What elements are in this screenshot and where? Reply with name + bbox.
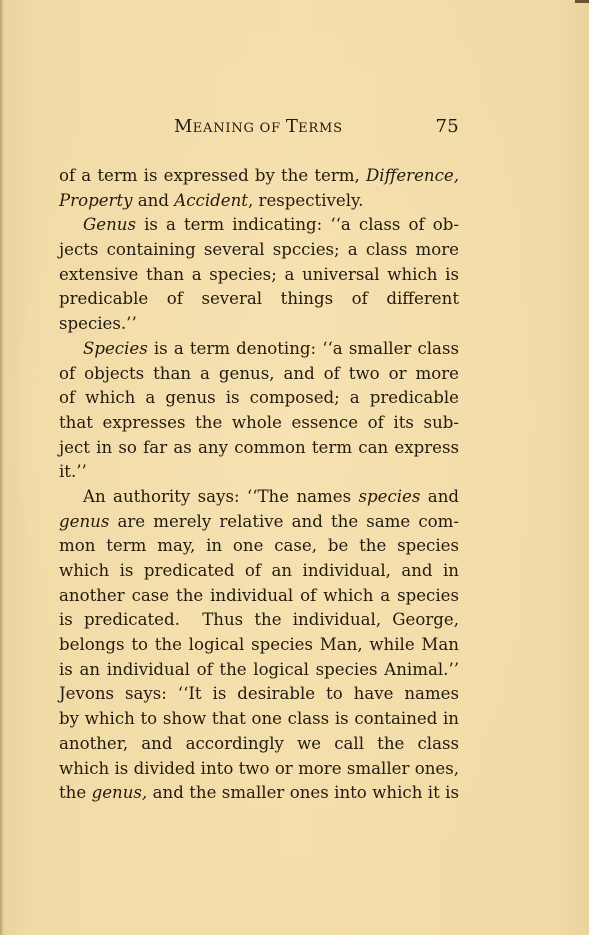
text-run: of a term is expressed by the term, — [59, 166, 366, 185]
text-run: is an individual of the logical species … — [59, 660, 459, 679]
book-page: MEANING OF TERMS 75 of a term is express… — [0, 0, 589, 935]
text-run: is a term indicating: ‘‘a class of ob- — [136, 215, 459, 234]
text-run: by which to show that one class is conta… — [59, 709, 459, 728]
italic-term: genus, — [92, 783, 148, 802]
text-run: which is divided into two or more smalle… — [59, 759, 459, 778]
italic-term: Property — [59, 191, 133, 210]
italic-term: Genus — [83, 215, 136, 234]
text-run: of objects than a genus, and of two or m… — [59, 364, 459, 383]
running-head: MEANING OF TERMS 75 — [174, 116, 459, 140]
text-run: jects containing several spccies; a clas… — [59, 240, 459, 259]
text-line: the genus, and the smaller ones into whi… — [59, 781, 459, 806]
text-run: is a term denoting: ‘‘a smaller class — [148, 339, 459, 358]
text-line: of which a genus is composed; a predicab… — [59, 386, 459, 411]
text-line: genus are merely relative and the same c… — [59, 510, 459, 535]
text-line: which is divided into two or more smalle… — [59, 757, 459, 782]
text-line: is predicated. Thus the individual, Geor… — [59, 608, 459, 633]
text-run: which is predicated of an individual, an… — [59, 561, 459, 580]
title-small-caps: OF — [255, 121, 286, 136]
text-line: another, and accordingly we call the cla… — [59, 732, 459, 757]
text-line: mon term may, in one case, be the specie… — [59, 534, 459, 559]
text-line: Property and Accident, respectively. — [59, 189, 459, 214]
text-run: the — [59, 783, 92, 802]
text-line: Jevons says: ‘‘It is desirable to have n… — [59, 682, 459, 707]
text-line: it.’’ — [59, 460, 459, 485]
text-run: and the smaller ones into which it is — [147, 783, 459, 802]
running-title: MEANING OF TERMS — [174, 116, 343, 137]
text-run: that expresses the whole essence of its … — [59, 413, 459, 432]
title-small-caps: ERMS — [298, 121, 343, 136]
text-run: and — [133, 191, 175, 210]
text-run: it.’’ — [59, 462, 87, 481]
italic-term: Species — [83, 339, 148, 358]
title-capital: M — [174, 116, 193, 137]
text-line: which is predicated of an individual, an… — [59, 559, 459, 584]
text-run: are merely relative and the same com- — [109, 512, 459, 531]
text-run: species.’’ — [59, 314, 137, 333]
text-run: is predicated. Thus the individual, Geor… — [59, 610, 459, 629]
text-line: is an individual of the logical species … — [59, 658, 459, 683]
text-run: ject in so far as any common term can ex… — [59, 438, 459, 457]
text-run: predicable of several things of differen… — [59, 289, 459, 308]
text-run: another, and accordingly we call the cla… — [59, 734, 459, 753]
text-run: belongs to the logical species Man, whil… — [59, 635, 459, 654]
text-run: and — [420, 487, 459, 506]
text-line: An authority says: ‘‘The names species a… — [59, 485, 459, 510]
text-line: jects containing several spccies; a clas… — [59, 238, 459, 263]
body-text: of a term is expressed by the term, Diff… — [59, 164, 459, 806]
title-small-caps: EANING — [193, 121, 255, 136]
text-run: An authority says: ‘‘The names — [83, 487, 359, 506]
text-run: Jevons says: ‘‘It is desirable to have n… — [59, 684, 459, 703]
text-line: Genus is a term indicating: ‘‘a class of… — [59, 213, 459, 238]
text-line: that expresses the whole essence of its … — [59, 411, 459, 436]
text-run: mon term may, in one case, be the specie… — [59, 536, 459, 555]
italic-term: Difference, — [366, 166, 459, 185]
text-line: belongs to the logical species Man, whil… — [59, 633, 459, 658]
italic-term: genus — [59, 512, 109, 531]
text-line: another case the individual of which a s… — [59, 584, 459, 609]
text-run: extensive than a species; a universal wh… — [59, 265, 459, 284]
text-line: Species is a term denoting: ‘‘a smaller … — [59, 337, 459, 362]
page-number: 75 — [435, 116, 459, 137]
italic-term: Accident — [174, 191, 248, 210]
text-run: of which a genus is composed; a predicab… — [59, 388, 459, 407]
text-line: predicable of several things of differen… — [59, 287, 459, 312]
text-line: of a term is expressed by the term, Diff… — [59, 164, 459, 189]
text-run: , respectively. — [248, 191, 363, 210]
text-line: species.’’ — [59, 312, 459, 337]
text-line: ject in so far as any common term can ex… — [59, 436, 459, 461]
italic-term: species — [359, 487, 421, 506]
text-line: by which to show that one class is conta… — [59, 707, 459, 732]
text-line: extensive than a species; a universal wh… — [59, 263, 459, 288]
title-capital: T — [286, 116, 298, 137]
text-run: another case the individual of which a s… — [59, 586, 459, 605]
text-line: of objects than a genus, and of two or m… — [59, 362, 459, 387]
